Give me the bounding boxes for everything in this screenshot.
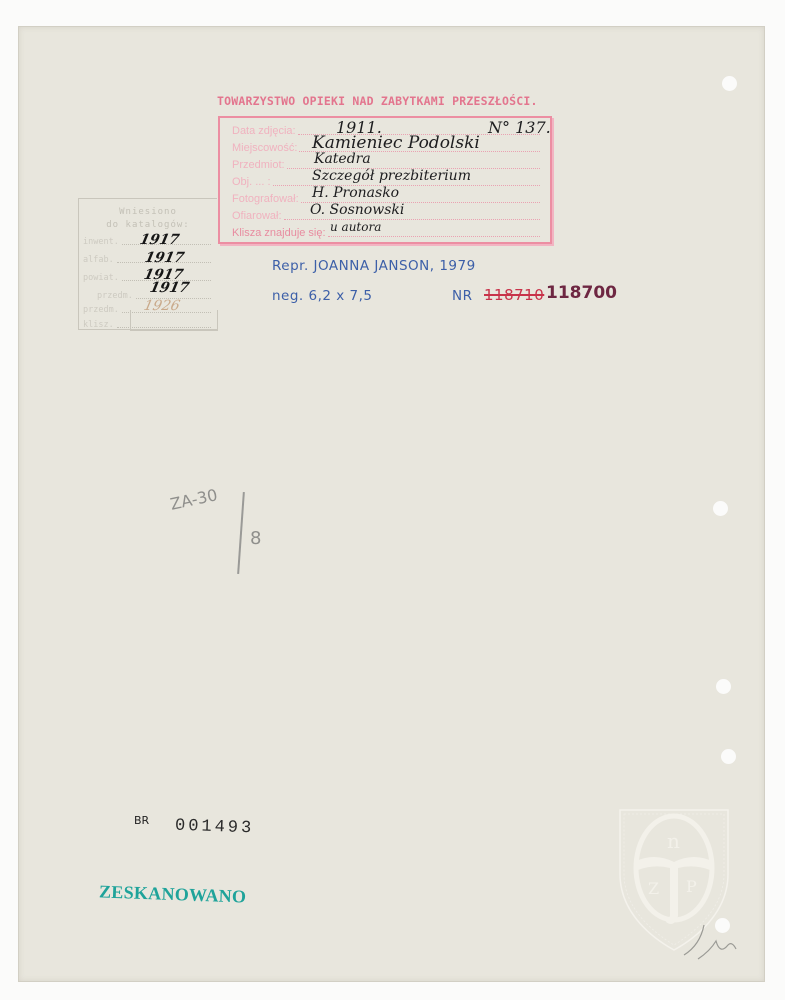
punch-hole — [721, 749, 736, 764]
pencil-scribble — [680, 915, 760, 965]
catalogue-year: 1917 — [148, 280, 190, 296]
handwritten-number: N° 137. — [488, 118, 551, 137]
handwritten-donor: O. Sosnowski — [310, 202, 404, 218]
catalogue-stamp-subheading: do katalogów: — [79, 220, 217, 230]
nr-current-number: 118700 — [546, 283, 617, 303]
catalogue-stamp-heading: Wniesiono — [79, 207, 217, 217]
punch-hole — [713, 501, 728, 516]
svg-text:P: P — [686, 877, 697, 896]
negative-size: neg. 6,2 x 7,5 — [272, 288, 373, 304]
society-stamp-box: Data zdjęcia: Miejscowość: Przedmiot: Ob… — [218, 116, 552, 244]
catalogue-year: 1926 — [142, 298, 181, 314]
br-number: 001493 — [175, 817, 255, 839]
punch-hole — [716, 679, 731, 694]
reproduction-credit: Repr. JOANNA JANSON, 1979 — [272, 258, 476, 274]
svg-text:n: n — [667, 829, 680, 853]
pencil-denominator: 8 — [250, 528, 261, 549]
catalogue-year: 1917 — [143, 250, 185, 266]
society-stamp-title: TOWARZYSTWO OPIEKI NAD ZABYTKAMI PRZESZŁ… — [217, 94, 538, 108]
handwritten-photographer: H. Pronasko — [312, 185, 399, 201]
handwritten-place: Kamieniec Podolski — [312, 133, 480, 153]
stamp-row-negative: Klisza znajduje się: — [232, 222, 542, 239]
handwritten-subject: Katedra — [314, 151, 371, 167]
svg-text:Z: Z — [648, 879, 659, 898]
punch-hole — [722, 76, 737, 91]
br-label: BR — [134, 814, 149, 827]
nr-label: NR — [452, 288, 472, 304]
catalogue-year: 1917 — [138, 232, 180, 248]
handwritten-negative-location: u autora — [330, 220, 381, 234]
nr-struck-number: 118710 — [484, 286, 544, 304]
handwritten-object: Szczegół prezbiterium — [312, 168, 471, 184]
